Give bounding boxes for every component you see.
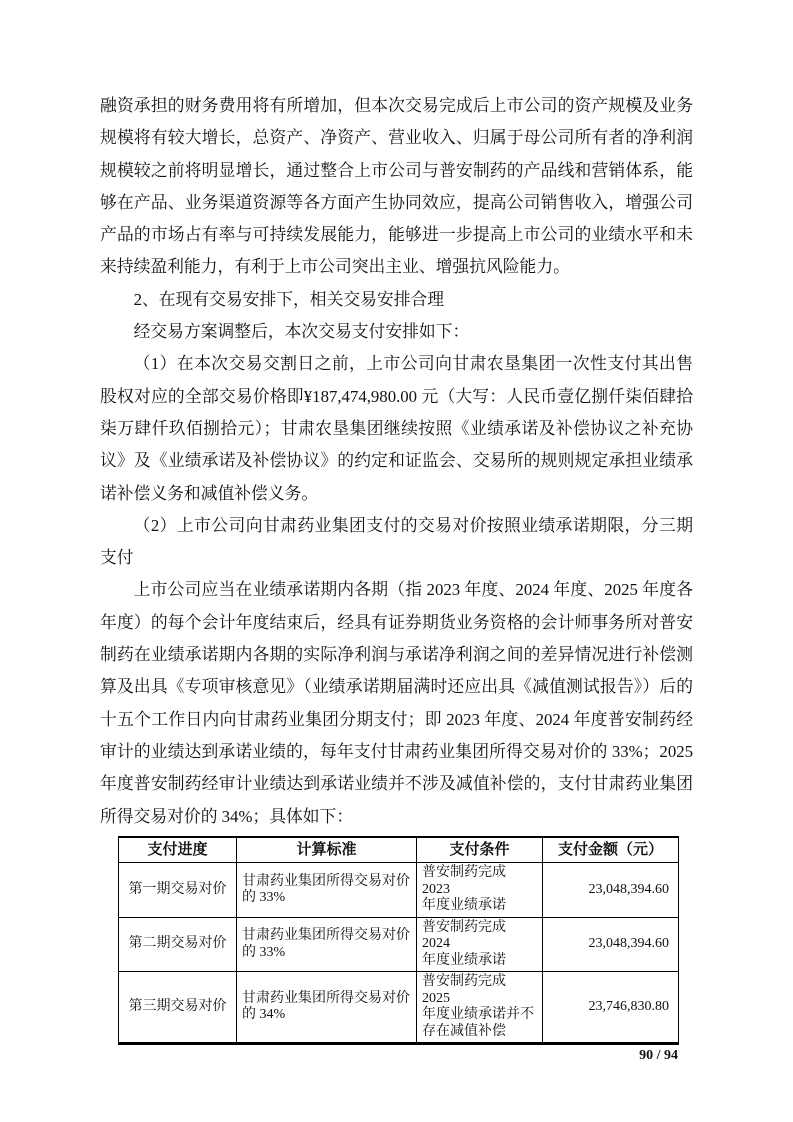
cell-amount: 23,048,394.60	[543, 917, 679, 972]
cell-amount: 23,048,394.60	[543, 863, 679, 918]
paragraph-continuation: 融资承担的财务费用将有所增加，但本次交易完成后上市公司的资产规模及业务规模将有较…	[100, 90, 693, 284]
cell-condition: 普安制药完成 2024 年度业绩承诺	[417, 917, 543, 972]
col-header-payment-stage: 支付进度	[119, 837, 237, 863]
cell-condition: 普安制药完成 2025 年度业绩承诺并不 存在减值补偿	[417, 972, 543, 1044]
section-heading-2: 2、在现有交易安排下，相关交易安排合理	[100, 284, 693, 316]
cell-standard: 甘肃药业集团所得交易对价 的 33%	[237, 917, 417, 972]
cell-amount: 23,746,830.80	[543, 972, 679, 1044]
cell-standard: 甘肃药业集团所得交易对价 的 33%	[237, 863, 417, 918]
page-number: 90 / 94	[100, 1047, 678, 1065]
col-header-payment-condition: 支付条件	[417, 837, 543, 863]
table-row-phase-1: 第一期交易对价 甘肃药业集团所得交易对价 的 33% 普安制药完成 2023 年…	[119, 863, 679, 918]
cell-standard: 甘肃药业集团所得交易对价 的 34%	[237, 972, 417, 1044]
paragraph-payment-detail: 上市公司应当在业绩承诺期内各期（指 2023 年度、2024 年度、2025 年…	[100, 574, 693, 832]
document-page: 融资承担的财务费用将有所增加，但本次交易完成后上市公司的资产规模及业务规模将有较…	[0, 0, 793, 1122]
cell-stage: 第一期交易对价	[119, 863, 237, 918]
cell-stage: 第三期交易对价	[119, 972, 237, 1044]
table-row-phase-3: 第三期交易对价 甘肃药业集团所得交易对价 的 34% 普安制药完成 2025 年…	[119, 972, 679, 1044]
col-header-calculation-standard: 计算标准	[237, 837, 417, 863]
paragraph-item-2: （2）上市公司向甘肃药业集团支付的交易对价按照业绩承诺期限，分三期支付	[100, 510, 693, 575]
page-content: 融资承担的财务费用将有所增加，但本次交易完成后上市公司的资产规模及业务规模将有较…	[100, 90, 693, 1065]
col-header-payment-amount: 支付金额（元）	[543, 837, 679, 863]
payment-schedule-table: 支付进度 计算标准 支付条件 支付金额（元） 第一期交易对价 甘肃药业集团所得交…	[118, 836, 679, 1046]
table-header-row: 支付进度 计算标准 支付条件 支付金额（元）	[119, 837, 679, 863]
cell-condition: 普安制药完成 2023 年度业绩承诺	[417, 863, 543, 918]
paragraph-item-1: （1）在本次交易交割日之前，上市公司向甘肃农垦集团一次性支付其出售股权对应的全部…	[100, 348, 693, 509]
cell-stage: 第二期交易对价	[119, 917, 237, 972]
paragraph-intro: 经交易方案调整后，本次交易支付安排如下：	[100, 316, 693, 348]
table-row-phase-2: 第二期交易对价 甘肃药业集团所得交易对价 的 33% 普安制药完成 2024 年…	[119, 917, 679, 972]
